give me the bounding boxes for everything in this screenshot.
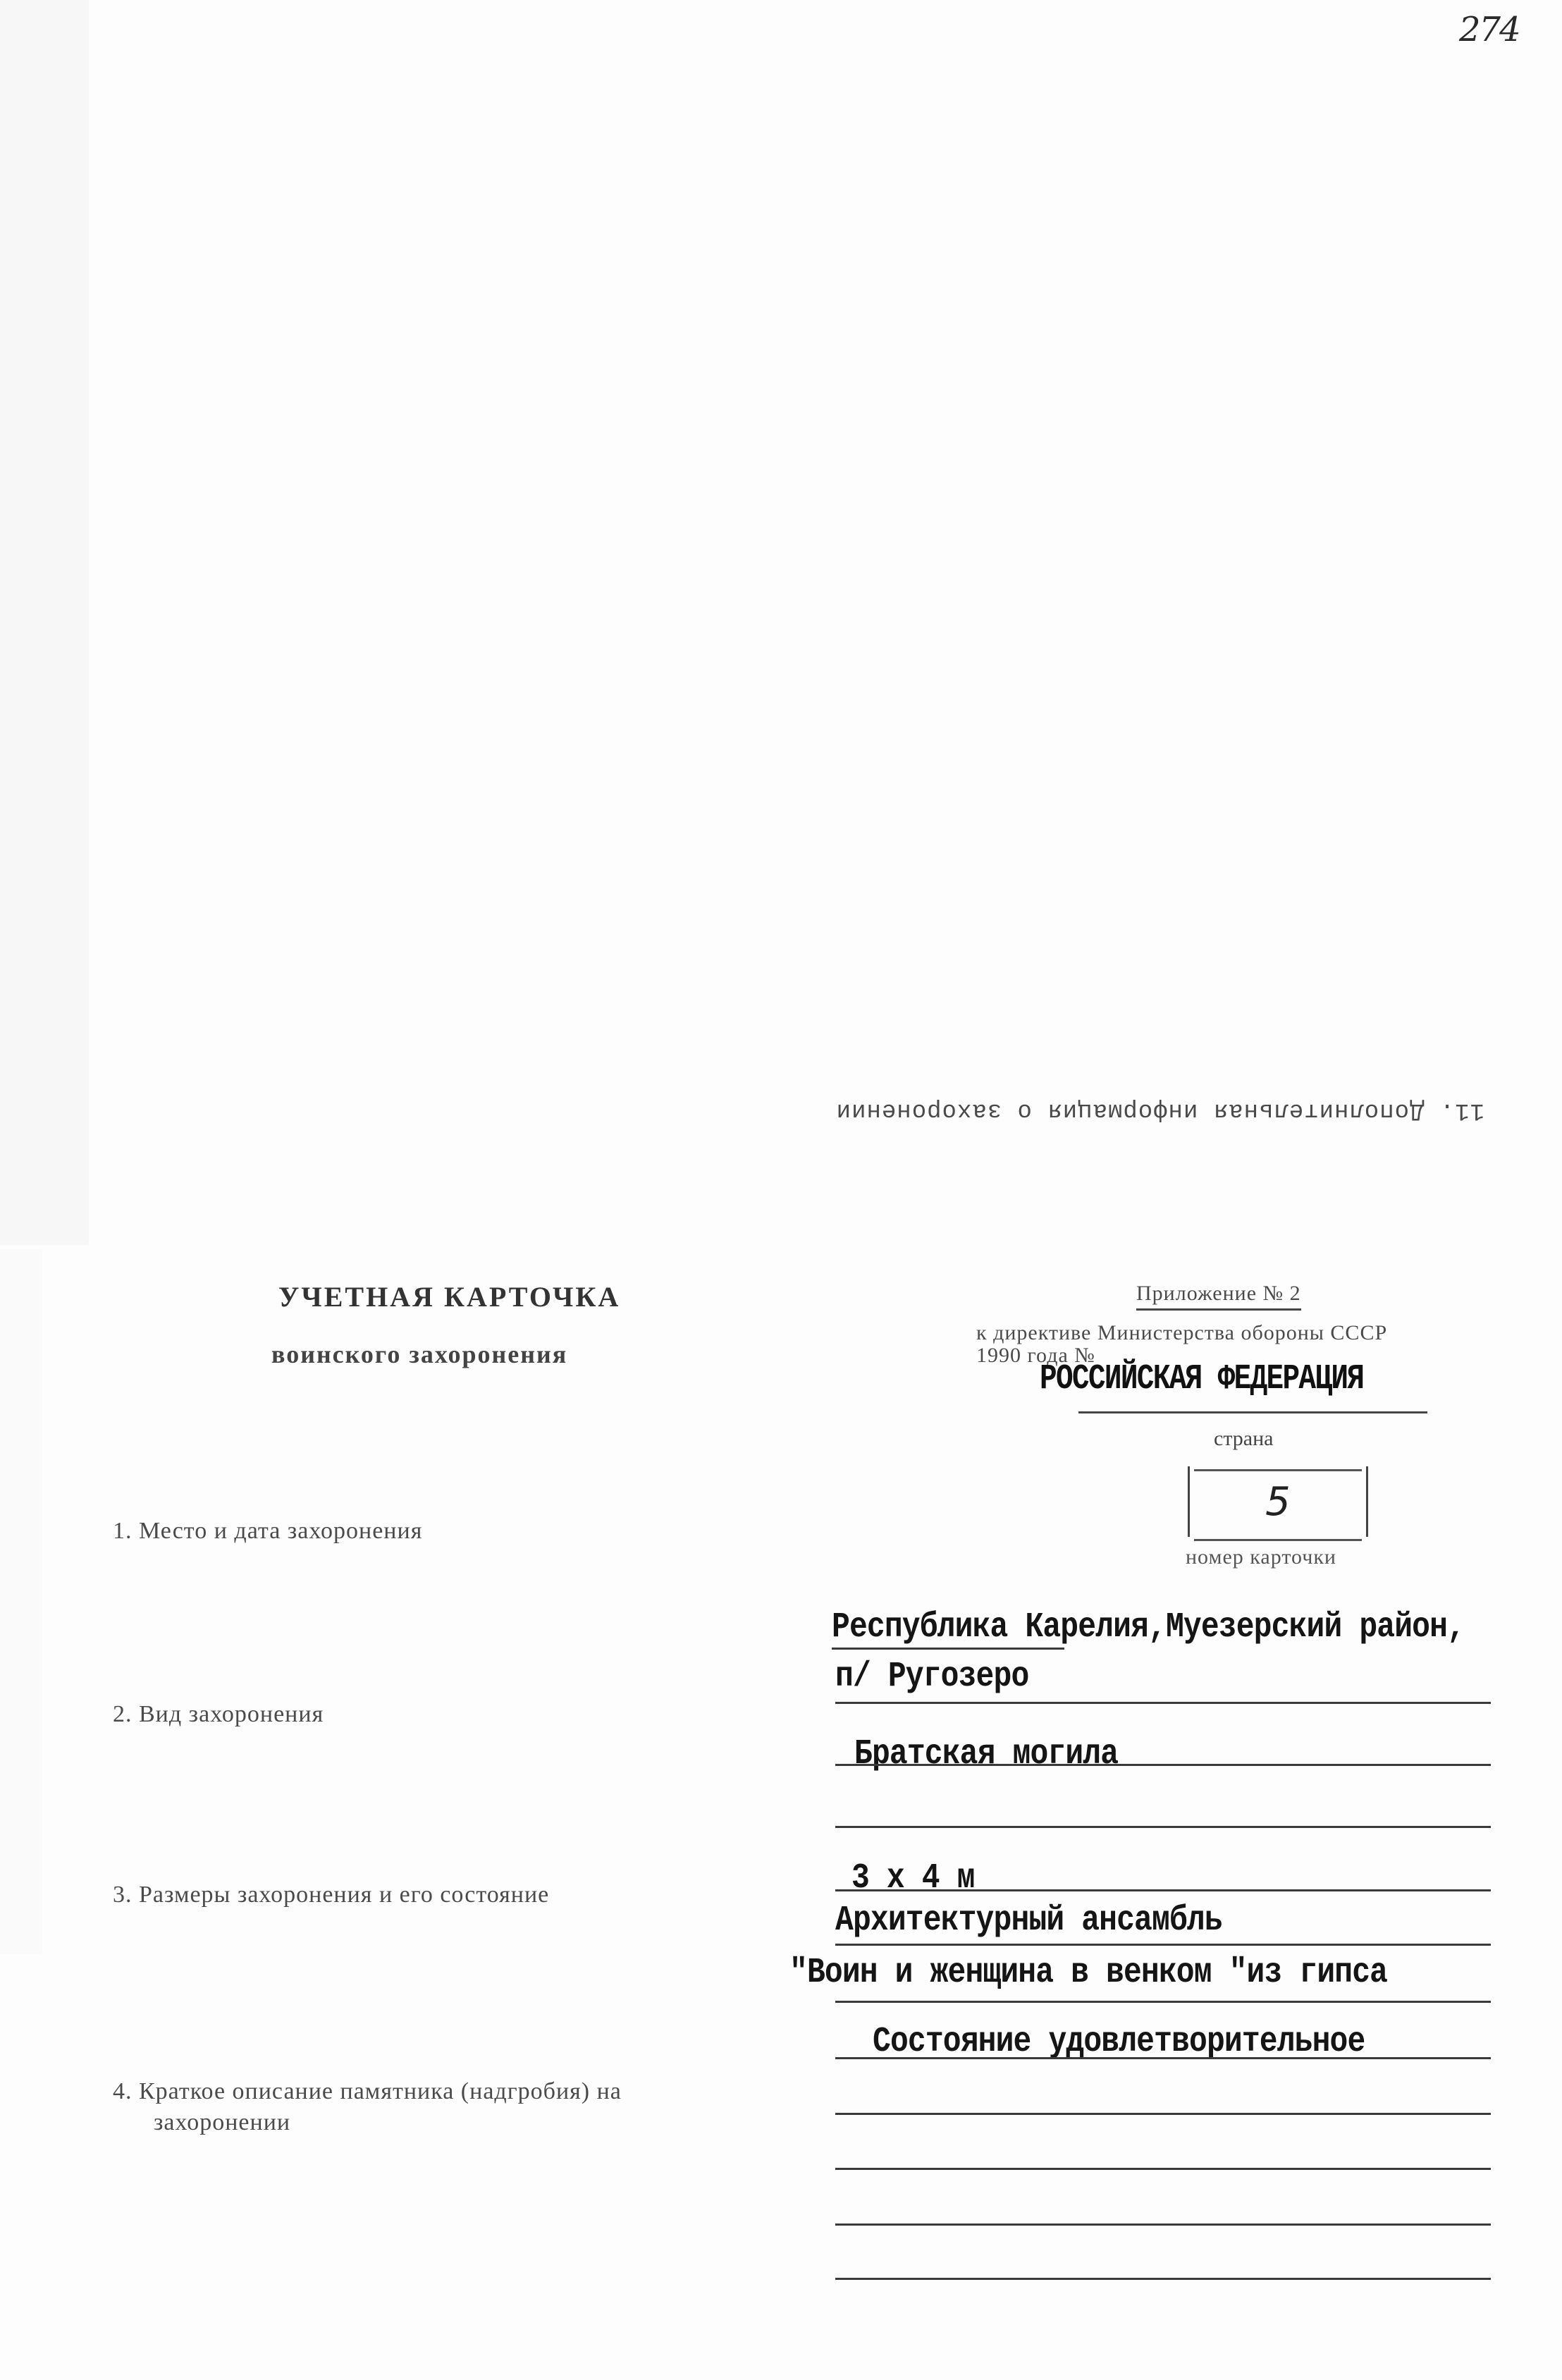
country-caption: страна [1214, 1427, 1273, 1451]
field-value-condition: Состояние удовлетворительное [873, 2022, 1365, 2062]
directive-line-1: к директиве Министерства обороны СССР [976, 1322, 1387, 1344]
appendix-label: Приложение № 2 [1136, 1282, 1301, 1311]
field-value-size: 3 x 4 м [851, 1858, 975, 1899]
field-label-burial-type: 2. Вид захоронения [113, 1699, 324, 1730]
field-rule-blank [835, 2223, 1491, 2226]
page-number: 274 [1459, 10, 1520, 49]
field-rule-blank [835, 2278, 1491, 2280]
field-label-burial-size-condition: 3. Размеры захоронения и его состояние [113, 1879, 549, 1910]
upside-down-section-heading: 11. Дополнительная информация о захороне… [850, 1097, 1484, 1124]
field-value-monument-name: "Воин и женщина в венком "из гипса [789, 1953, 1387, 1993]
field-label-line-1: 4. Краткое описание памятника (надгробия… [113, 2078, 622, 2104]
scan-shading [0, 0, 89, 1245]
field-rule [832, 1648, 1064, 1650]
card-number-caption: номер карточки [1186, 1545, 1336, 1569]
scan-shading [0, 1249, 42, 1954]
field-rule [835, 1889, 1491, 1891]
field-value-ensemble: Архитектурный ансамбль [835, 1901, 1222, 1941]
card-title: УЧЕТНАЯ КАРТОЧКА [278, 1280, 620, 1313]
card-number-box: 5 [1188, 1466, 1368, 1537]
field-rule [835, 2057, 1491, 2059]
field-rule [835, 2001, 1491, 2003]
field-rule [835, 1944, 1491, 1946]
country-underline [1078, 1411, 1427, 1413]
card-number-value: 5 [1190, 1479, 1366, 1525]
field-value-burial-type: Братская могила [854, 1734, 1118, 1774]
field-rule-blank [835, 2168, 1491, 2170]
field-rule [835, 1764, 1491, 1766]
card-subtitle: воинского захоронения [271, 1339, 567, 1369]
field-label-monument-description: 4. Краткое описание памятника (надгробия… [113, 2076, 789, 2138]
country-value: РОССИЙСКАЯ ФЕДЕРАЦИЯ [1040, 1359, 1363, 1399]
field-rule [835, 1702, 1491, 1704]
field-rule [835, 1826, 1491, 1828]
field-value-place-line-2: п/ Ругозеро [835, 1657, 1028, 1697]
field-rule-blank [835, 2113, 1491, 2115]
field-value-place-line-1: Республика Карелия,Муезерский район, [832, 1607, 1465, 1648]
field-label-line-2: захоронении [113, 2107, 789, 2138]
field-label-burial-place-date: 1. Место и дата захоронения [113, 1516, 422, 1547]
